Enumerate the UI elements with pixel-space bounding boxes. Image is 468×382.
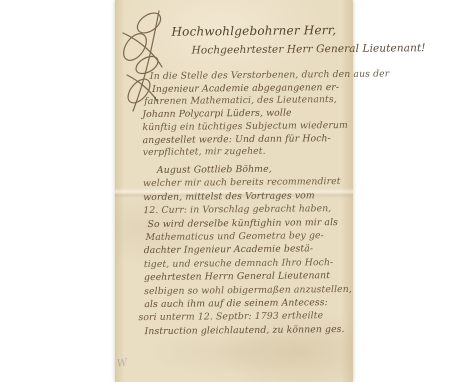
salutation-line-2: Hochgeehrtester Herr General Lieutenant! xyxy=(192,43,348,58)
photo-background: Hochwohlgebohrner Herr, Hochgeehrtester … xyxy=(0,0,468,382)
letter-body: In die Stelle des Verstorbenen, durch de… xyxy=(142,69,351,338)
salutation-line-1: Hochwohlgebohrner Herr, xyxy=(171,23,347,40)
manuscript-line: Instruction gleichlautend, zu können ges… xyxy=(145,323,351,339)
letter-text: Hochwohlgebohrner Herr, Hochgeehrtester … xyxy=(141,23,350,338)
manuscript-line: verpflichtet, mir zugehet. xyxy=(143,145,349,160)
manuscript-page: Hochwohlgebohrner Herr, Hochgeehrtester … xyxy=(115,0,353,382)
pencil-mark: W xyxy=(116,357,128,369)
